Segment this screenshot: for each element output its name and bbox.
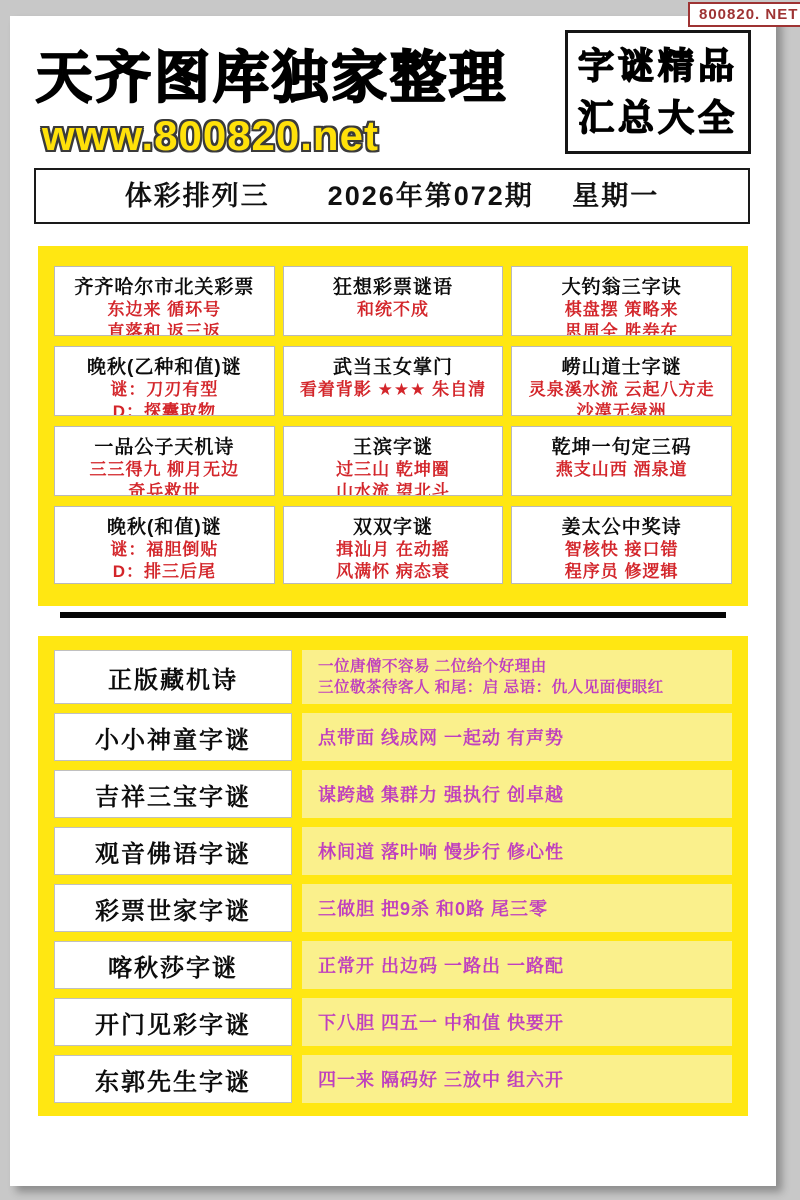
card-title: 一品公子天机诗 xyxy=(55,432,274,459)
site-url: www.800820.net xyxy=(42,112,379,160)
riddle-card: 乾坤一句定三码 燕支山西 酒泉道 xyxy=(511,426,732,496)
card-line: 沙漠无绿洲 xyxy=(512,401,731,416)
card-title: 齐齐哈尔市北关彩票 xyxy=(55,272,274,299)
riddle-content: 谋跨越 集群力 强执行 创卓越 xyxy=(302,770,732,818)
riddle-row: 开门见彩字谜 下八胆 四五一 中和值 快要开 xyxy=(54,998,732,1046)
riddle-line: 点带面 线成网 一起动 有声势 xyxy=(318,724,716,750)
riddle-card: 大钓翁三字诀 棋盘摆 策略来 思周全 胜券在 xyxy=(511,266,732,336)
card-line: 过三山 乾坤圈 xyxy=(284,459,503,481)
card-line: 东边来 循环号 xyxy=(55,299,274,321)
riddle-line: 林间道 落叶响 慢步行 修心性 xyxy=(318,838,716,864)
riddle-label: 观音佛语字谜 xyxy=(54,827,292,875)
riddle-line: 三位敬茶待客人 和尾：启 忌语：仇人见面便眼红 xyxy=(318,677,716,698)
card-line: 程序员 修逻辑 xyxy=(512,561,731,583)
riddle-card: 齐齐哈尔市北关彩票 东边来 循环号 直落和 返三返 xyxy=(54,266,275,336)
riddle-line: 下八胆 四五一 中和值 快要开 xyxy=(318,1009,716,1035)
riddle-label: 正版藏机诗 xyxy=(54,650,292,704)
riddle-row: 喀秋莎字谜 正常开 出边码 一路出 一路配 xyxy=(54,941,732,989)
riddle-row: 观音佛语字谜 林间道 落叶响 慢步行 修心性 xyxy=(54,827,732,875)
card-title: 晚秋(和值)谜 xyxy=(55,512,274,539)
card-title: 晚秋(乙种和值)谜 xyxy=(55,352,274,379)
card-title: 武当玉女掌门 xyxy=(284,352,503,379)
riddle-card: 武当玉女掌门 看着背影 ★★★ 朱自清 xyxy=(283,346,504,416)
riddle-label: 小小神童字谜 xyxy=(54,713,292,761)
card-line: 棋盘摆 策略来 xyxy=(512,299,731,321)
card-grid: 齐齐哈尔市北关彩票 东边来 循环号 直落和 返三返 狂想彩票谜语 和统不成 大钓… xyxy=(38,246,748,606)
card-line: 燕支山西 酒泉道 xyxy=(512,459,731,481)
card-line: 智核快 接口错 xyxy=(512,539,731,561)
card-line: 揖汕月 在动摇 xyxy=(284,539,503,561)
riddle-card: 姜太公中奖诗 智核快 接口错 程序员 修逻辑 xyxy=(511,506,732,584)
riddle-label: 彩票世家字谜 xyxy=(54,884,292,932)
riddle-label: 开门见彩字谜 xyxy=(54,998,292,1046)
page-title: 天齐图库独家整理 xyxy=(36,34,556,114)
riddle-card: 狂想彩票谜语 和统不成 xyxy=(283,266,504,336)
riddle-row: 彩票世家字谜 三做胆 把9杀 和0路 尾三零 xyxy=(54,884,732,932)
riddle-line: 正常开 出边码 一路出 一路配 xyxy=(318,952,716,978)
card-line: 谜：刀刃有型 xyxy=(55,379,274,401)
section-divider xyxy=(60,612,726,618)
riddle-row: 小小神童字谜 点带面 线成网 一起动 有声势 xyxy=(54,713,732,761)
card-line: 三三得九 柳月无边 xyxy=(55,459,274,481)
card-line: 山水流 望北斗 xyxy=(284,481,503,496)
side-box-line2: 汇总大全 xyxy=(578,92,738,144)
riddle-content: 一位唐僧不容易 二位给个好理由 三位敬茶待客人 和尾：启 忌语：仇人见面便眼红 xyxy=(302,650,732,704)
riddle-card: 一品公子天机诗 三三得九 柳月无边 奇兵救世 xyxy=(54,426,275,496)
card-line: D：排三后尾 xyxy=(55,561,274,583)
card-line: 灵泉溪水流 云起八方走 xyxy=(512,379,731,401)
card-title: 大钓翁三字诀 xyxy=(512,272,731,299)
riddle-list: 正版藏机诗 一位唐僧不容易 二位给个好理由 三位敬茶待客人 和尾：启 忌语：仇人… xyxy=(38,636,748,1116)
riddle-label: 吉祥三宝字谜 xyxy=(54,770,292,818)
riddle-card: 双双字谜 揖汕月 在动摇 风满怀 病态衰 xyxy=(283,506,504,584)
period-bar: 体彩排列三 2026年第072期 星期一 xyxy=(34,168,750,224)
riddle-line: 四一来 隔码好 三放中 组六开 xyxy=(318,1066,716,1092)
riddle-card: 崂山道士字谜 灵泉溪水流 云起八方走 沙漠无绿洲 xyxy=(511,346,732,416)
riddle-line: 三做胆 把9杀 和0路 尾三零 xyxy=(318,895,716,921)
side-box-line1: 字谜精品 xyxy=(578,40,738,92)
site-badge: 800820. NET xyxy=(688,2,800,27)
riddle-content: 正常开 出边码 一路出 一路配 xyxy=(302,941,732,989)
riddle-card: 晚秋(乙种和值)谜 谜：刀刃有型 D：探囊取物 xyxy=(54,346,275,416)
card-line: 和统不成 xyxy=(284,299,503,321)
card-title: 乾坤一句定三码 xyxy=(512,432,731,459)
riddle-row: 正版藏机诗 一位唐僧不容易 二位给个好理由 三位敬茶待客人 和尾：启 忌语：仇人… xyxy=(54,650,732,704)
riddle-label: 东郭先生字谜 xyxy=(54,1055,292,1103)
riddle-content: 点带面 线成网 一起动 有声势 xyxy=(302,713,732,761)
riddle-label: 喀秋莎字谜 xyxy=(54,941,292,989)
card-line: 风满怀 病态衰 xyxy=(284,561,503,583)
card-line: D：探囊取物 xyxy=(55,401,274,416)
card-line: 看着背影 ★★★ 朱自清 xyxy=(284,379,503,401)
riddle-line: 一位唐僧不容易 二位给个好理由 xyxy=(318,656,716,677)
card-title: 姜太公中奖诗 xyxy=(512,512,731,539)
riddle-content: 林间道 落叶响 慢步行 修心性 xyxy=(302,827,732,875)
riddle-content: 四一来 隔码好 三放中 组六开 xyxy=(302,1055,732,1103)
riddle-card: 晚秋(和值)谜 谜：福胆倒贴 D：排三后尾 xyxy=(54,506,275,584)
riddle-row: 东郭先生字谜 四一来 隔码好 三放中 组六开 xyxy=(54,1055,732,1103)
card-title: 双双字谜 xyxy=(284,512,503,539)
card-line: 直落和 返三返 xyxy=(55,321,274,336)
riddle-content: 三做胆 把9杀 和0路 尾三零 xyxy=(302,884,732,932)
card-line: 思周全 胜券在 xyxy=(512,321,731,336)
riddle-content: 下八胆 四五一 中和值 快要开 xyxy=(302,998,732,1046)
card-title: 狂想彩票谜语 xyxy=(284,272,503,299)
card-title: 王滨字谜 xyxy=(284,432,503,459)
card-line: 谜：福胆倒贴 xyxy=(55,539,274,561)
card-line: 奇兵救世 xyxy=(55,481,274,496)
side-box: 字谜精品 汇总大全 xyxy=(565,30,751,154)
riddle-row: 吉祥三宝字谜 谋跨越 集群力 强执行 创卓越 xyxy=(54,770,732,818)
card-title: 崂山道士字谜 xyxy=(512,352,731,379)
riddle-card: 王滨字谜 过三山 乾坤圈 山水流 望北斗 xyxy=(283,426,504,496)
riddle-line: 谋跨越 集群力 强执行 创卓越 xyxy=(318,781,716,807)
